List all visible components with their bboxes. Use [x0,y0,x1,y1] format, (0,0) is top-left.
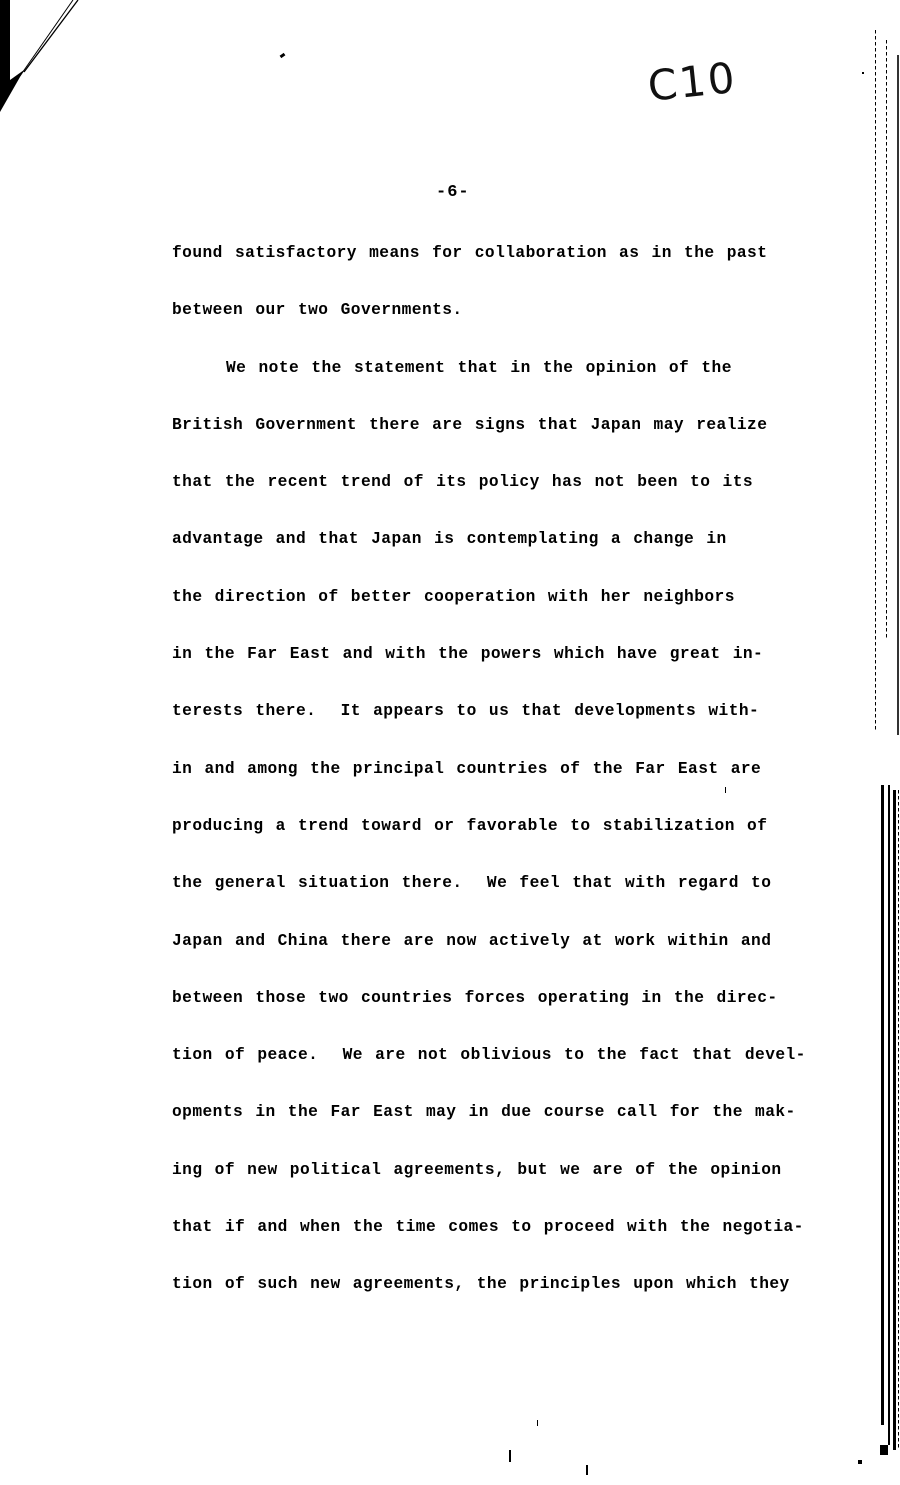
binding-edge-line [888,785,890,1445]
text-line: terests there. It appears to us that dev… [172,694,832,751]
binding-dotted-line [886,40,887,640]
text-line: tion of peace. We are not oblivious to t… [172,1038,832,1095]
text-line: that the recent trend of its policy has … [172,465,832,522]
scan-speck [862,72,864,74]
text-line: Japan and China there are now actively a… [172,924,832,981]
body-text: found satisfactory means for collaborati… [172,236,832,1325]
scan-speck [537,1420,538,1426]
text-line: tion of such new agreements, the princip… [172,1267,832,1324]
scan-speck [880,1445,888,1455]
binding-dotted-line [898,790,899,1450]
text-line-paragraph-start: We note the statement that in the opinio… [172,351,832,408]
text-line: found satisfactory means for collaborati… [172,236,832,293]
text-line: British Government there are signs that … [172,408,832,465]
handwritten-annotation: C10 [645,53,738,111]
text-line: that if and when the time comes to proce… [172,1210,832,1267]
text-line: the general situation there. We feel tha… [172,866,832,923]
text-line: in and among the principal countries of … [172,752,832,809]
scan-speck [725,787,726,793]
binding-edge-line [893,790,896,1450]
text-line: opments in the Far East may in due cours… [172,1095,832,1152]
scan-speck [586,1465,588,1475]
scan-speck [858,1460,862,1464]
binding-dotted-line [875,30,876,730]
corner-fold-mark [0,0,90,120]
stray-ink-mark [280,53,286,58]
scanned-document-page: C10 -6- found satisfactory means for col… [0,0,900,1485]
scan-speck [509,1450,511,1462]
page-number: -6- [436,183,470,202]
text-line: advantage and that Japan is contemplatin… [172,522,832,579]
text-line: between those two countries forces opera… [172,981,832,1038]
text-line: ing of new political agreements, but we … [172,1153,832,1210]
binding-edge-line [897,55,899,735]
text-line: the direction of better cooperation with… [172,580,832,637]
text-line: in the Far East and with the powers whic… [172,637,832,694]
binding-edge-line [881,785,884,1425]
text-line: between our two Governments. [172,293,832,350]
text-line: producing a trend toward or favorable to… [172,809,832,866]
